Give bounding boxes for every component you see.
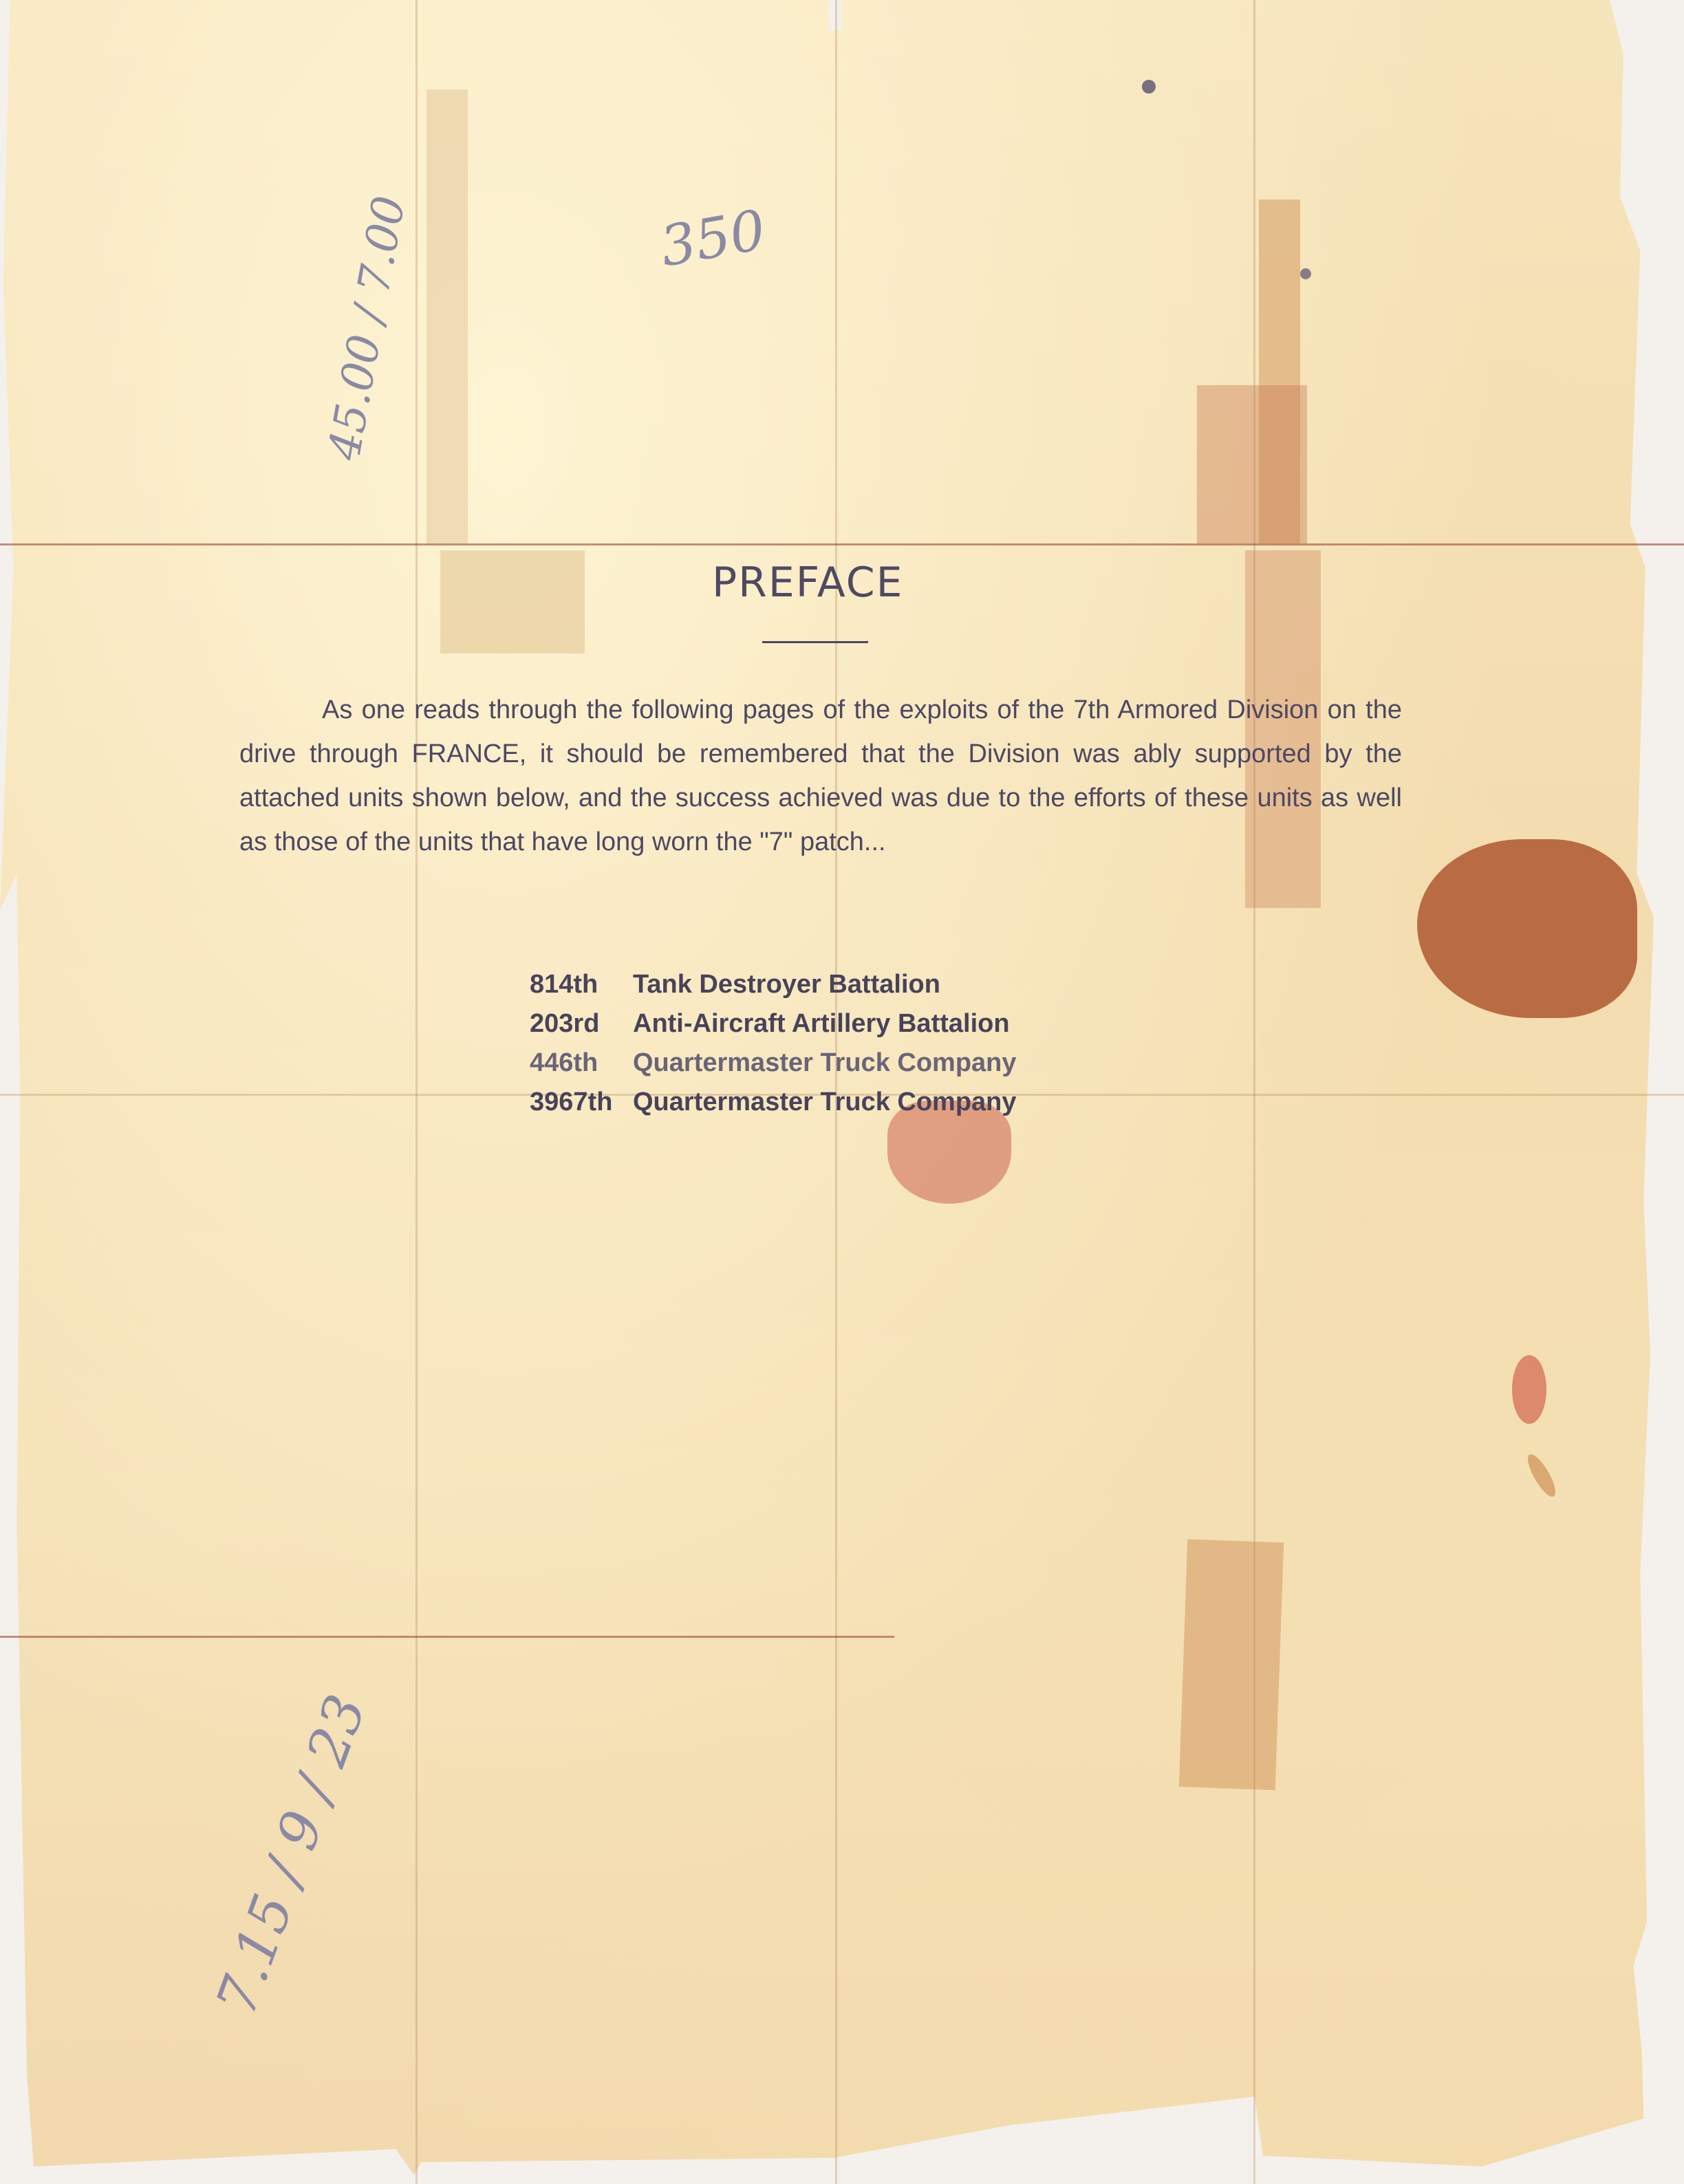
title-divider bbox=[762, 641, 868, 643]
unit-row: 814th Tank Destroyer Battalion bbox=[530, 970, 1017, 1009]
stain bbox=[1512, 1355, 1546, 1424]
unit-name: Tank Destroyer Battalion bbox=[633, 970, 1017, 1009]
attached-units-list: 814th Tank Destroyer Battalion 203rd Ant… bbox=[530, 970, 1017, 1127]
stain bbox=[1142, 80, 1156, 94]
fold-crease bbox=[415, 0, 418, 2184]
preface-paragraph: As one reads through the following pages… bbox=[239, 688, 1402, 864]
tape-strip bbox=[427, 89, 468, 543]
unit-row: 203rd Anti-Aircraft Artillery Battalion bbox=[530, 1009, 1017, 1048]
unit-number: 446th bbox=[530, 1048, 633, 1088]
unit-row: 446th Quartermaster Truck Company bbox=[530, 1048, 1017, 1088]
tape-strip bbox=[1179, 1539, 1284, 1791]
unit-row: 3967th Quartermaster Truck Company bbox=[530, 1088, 1017, 1127]
unit-number: 3967th bbox=[530, 1088, 633, 1127]
unit-name: Quartermaster Truck Company bbox=[633, 1088, 1017, 1127]
fold-crease bbox=[0, 1636, 894, 1638]
page-title: PREFACE bbox=[712, 559, 904, 607]
unit-number: 203rd bbox=[530, 1009, 633, 1048]
paragraph-text: As one reads through the following pages… bbox=[239, 688, 1402, 864]
tape-strip bbox=[440, 550, 585, 653]
stain bbox=[1300, 268, 1311, 279]
tape-strip bbox=[1197, 385, 1307, 543]
fold-crease bbox=[0, 543, 1684, 545]
unit-number: 814th bbox=[530, 970, 633, 1009]
fold-crease bbox=[1253, 0, 1255, 2184]
unit-name: Quartermaster Truck Company bbox=[633, 1048, 1017, 1088]
unit-name: Anti-Aircraft Artillery Battalion bbox=[633, 1009, 1017, 1048]
